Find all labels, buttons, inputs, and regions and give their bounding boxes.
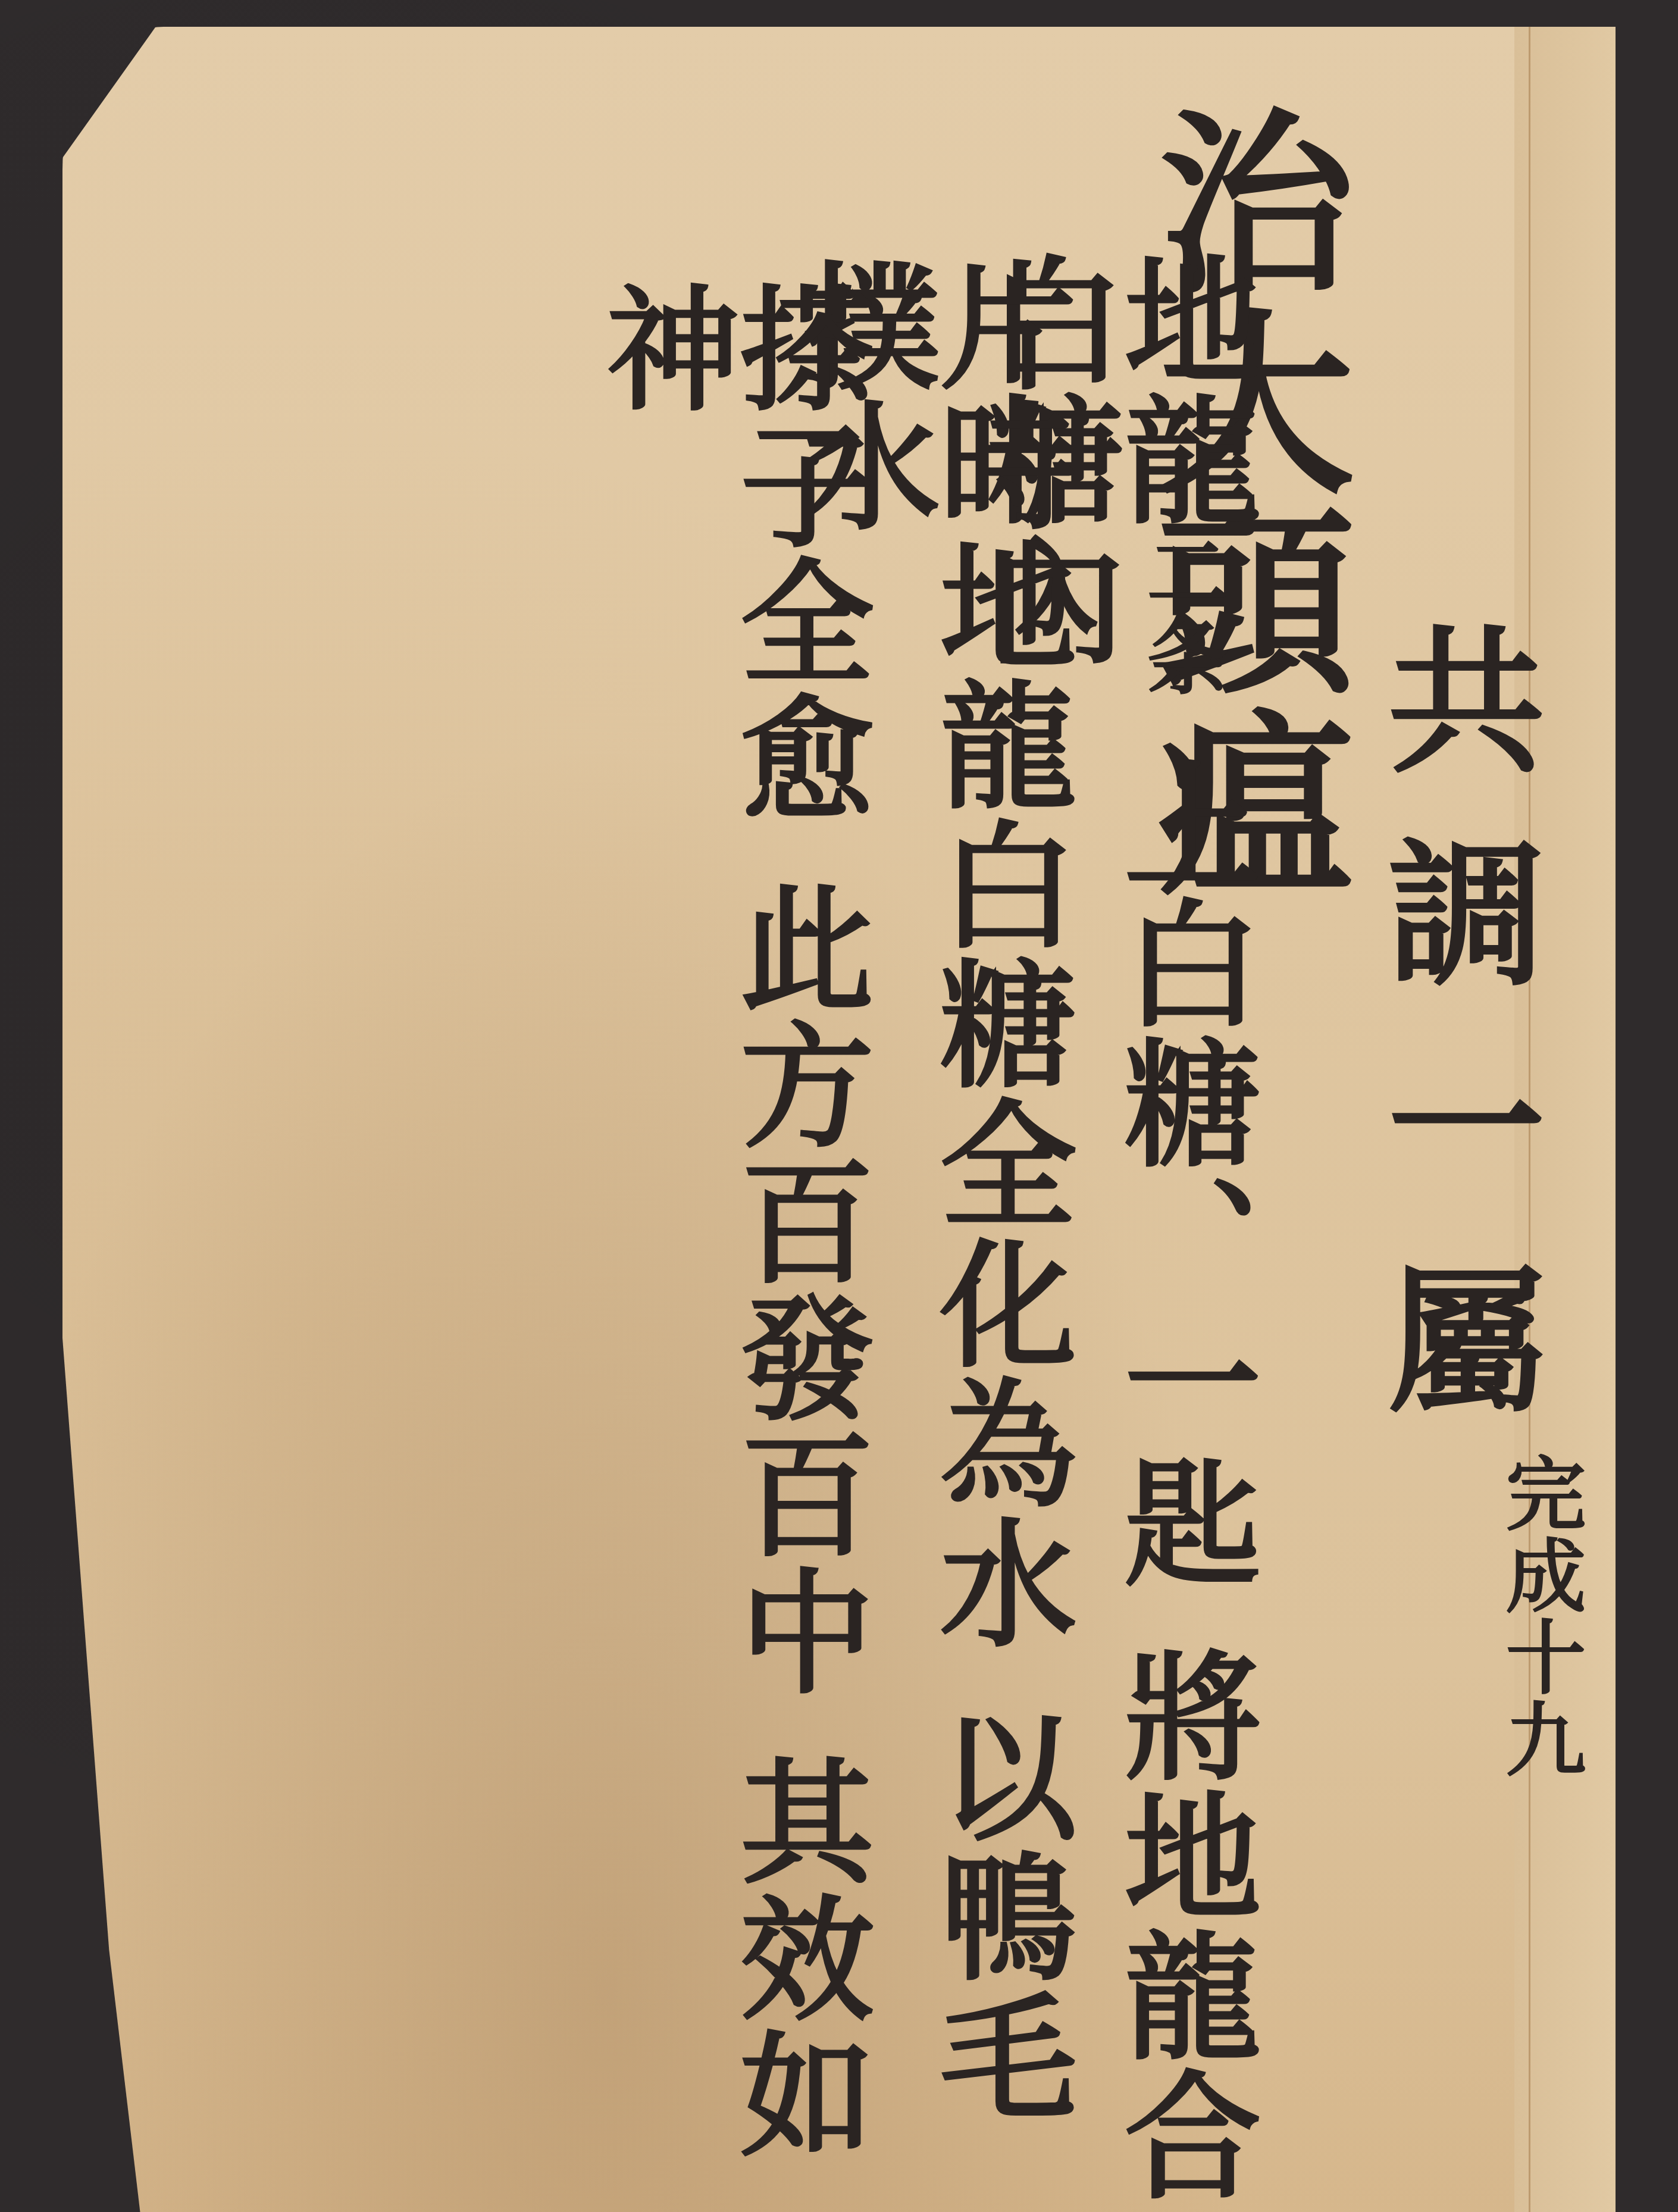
section-heading: 共調一屬	[1375, 619, 1532, 1471]
ingredient-earthworm: 地龍	[1101, 250, 1261, 529]
ingredient-earthworm-qty: 二条	[1133, 529, 1230, 699]
outcome-cure: 搽子全愈	[718, 280, 875, 826]
instruction-dissolve: 片時地龍白糖全化為水	[916, 256, 1077, 1652]
outcome-efficacy: 此方百發百中	[718, 880, 875, 1699]
ingredient-white-sugar-qty: 、一匙	[1101, 1172, 1261, 1591]
recipe-line-outcome: 搽子全愈此方百發百中其效如神	[595, 280, 863, 2212]
scan-background: 共調一屬 完成十九 治大頭瘟 地龍二条上白糖、一匙將地龍合白糖內 片時地龍白糖全…	[0, 0, 1678, 2212]
ingredient-white-sugar: 上白糖	[1101, 753, 1261, 1172]
completion-note: 完成十九	[1499, 1452, 1580, 1780]
